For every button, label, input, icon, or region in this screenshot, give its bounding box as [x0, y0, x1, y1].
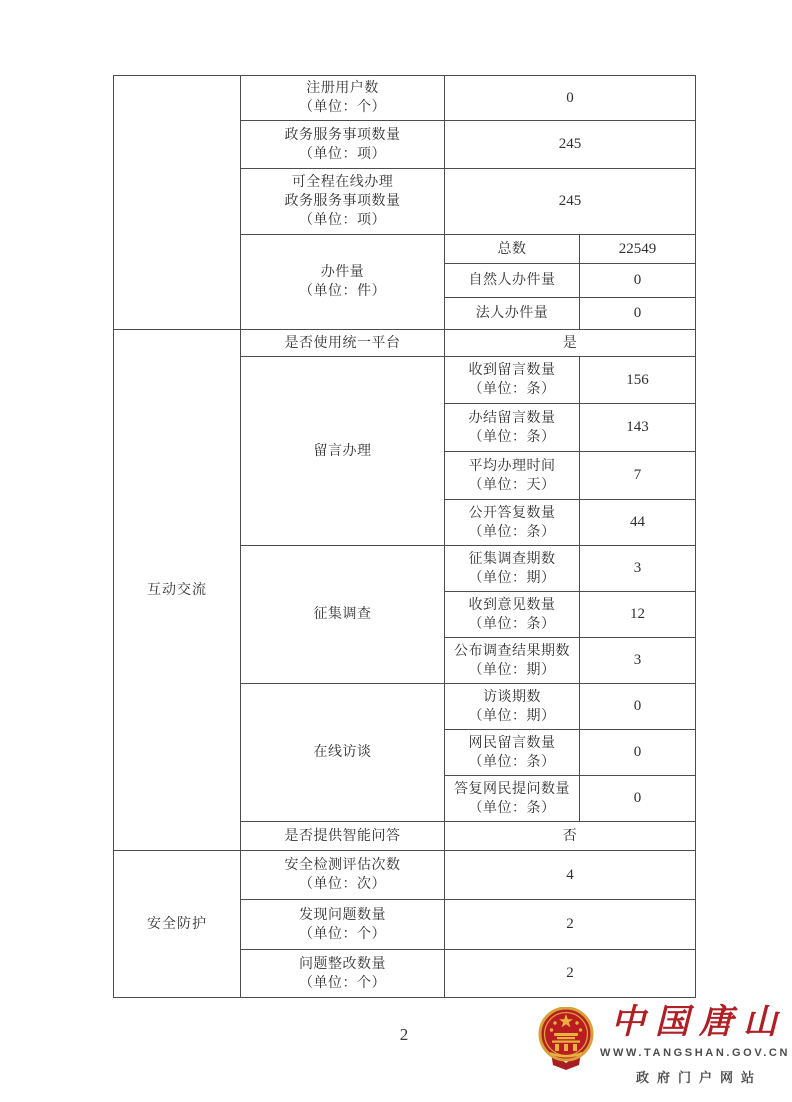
issues-found-value: 2	[445, 900, 696, 950]
section1-category-cell	[114, 76, 241, 330]
national-emblem-icon	[538, 1007, 594, 1071]
message-handling-label: 留言办理	[241, 357, 445, 546]
interview-replies-value: 0	[580, 776, 696, 822]
survey-opinions-label: 收到意见数量 （单位：条）	[445, 592, 580, 638]
avg-handling-time-label: 平均办理时间 （单位：天）	[445, 452, 580, 500]
case-volume-legal-person-label: 法人办件量	[445, 298, 580, 330]
case-volume-total-label: 总数	[445, 235, 580, 264]
service-items-value: 245	[445, 121, 696, 169]
security-checks-value: 4	[445, 851, 696, 900]
smart-qa-value: 否	[445, 822, 696, 851]
case-volume-natural-person-label: 自然人办件量	[445, 264, 580, 298]
service-items-label: 政务服务事项数量 （单位：项）	[241, 121, 445, 169]
issues-found-label: 发现问题数量 （单位：个）	[241, 900, 445, 950]
survey-label: 征集调查	[241, 546, 445, 684]
site-logo: 中国唐山 WWW.TANGSHAN.GOV.CN 政府门户网站	[538, 1003, 790, 1086]
report-table: 注册用户数 （单位：个） 0 政务服务事项数量 （单位：项） 245 可全程在线…	[113, 75, 696, 998]
security-checks-label: 安全检测评估次数 （单位：次）	[241, 851, 445, 900]
site-tagline: 政府门户网站	[628, 1067, 762, 1086]
registered-users-value: 0	[445, 76, 696, 121]
case-volume-legal-person-value: 0	[580, 298, 696, 330]
site-url: WWW.TANGSHAN.GOV.CN	[600, 1047, 790, 1059]
logo-text-block: 中国唐山 WWW.TANGSHAN.GOV.CN 政府门户网站	[600, 1003, 790, 1086]
survey-periods-value: 3	[580, 546, 696, 592]
section3-category-cell: 安全防护	[114, 851, 241, 998]
unified-platform-label: 是否使用统一平台	[241, 330, 445, 357]
public-replies-value: 44	[580, 500, 696, 546]
document-page: 注册用户数 （单位：个） 0 政务服务事项数量 （单位：项） 245 可全程在线…	[0, 0, 792, 1102]
messages-received-value: 156	[580, 357, 696, 404]
messages-completed-value: 143	[580, 404, 696, 452]
interview-messages-value: 0	[580, 730, 696, 776]
online-service-items-label: 可全程在线办理 政务服务事项数量 （单位：项）	[241, 169, 445, 235]
interview-periods-label: 访谈期数 （单位：期）	[445, 684, 580, 730]
registered-users-label: 注册用户数 （单位：个）	[241, 76, 445, 121]
online-service-items-value: 245	[445, 169, 696, 235]
messages-completed-label: 办结留言数量 （单位：条）	[445, 404, 580, 452]
smart-qa-label: 是否提供智能问答	[241, 822, 445, 851]
survey-results-value: 3	[580, 638, 696, 684]
case-volume-natural-person-value: 0	[580, 264, 696, 298]
section2-category-cell: 互动交流	[114, 330, 241, 851]
public-replies-label: 公开答复数量 （单位：条）	[445, 500, 580, 546]
avg-handling-time-value: 7	[580, 452, 696, 500]
case-volume-total-value: 22549	[580, 235, 696, 264]
interview-label: 在线访谈	[241, 684, 445, 822]
issues-fixed-value: 2	[445, 950, 696, 998]
survey-results-label: 公布调查结果期数 （单位：期）	[445, 638, 580, 684]
interview-messages-label: 网民留言数量 （单位：条）	[445, 730, 580, 776]
interview-replies-label: 答复网民提问数量 （单位：条）	[445, 776, 580, 822]
interview-periods-value: 0	[580, 684, 696, 730]
issues-fixed-label: 问题整改数量 （单位：个）	[241, 950, 445, 998]
messages-received-label: 收到留言数量 （单位：条）	[445, 357, 580, 404]
unified-platform-value: 是	[445, 330, 696, 357]
case-volume-label: 办件量 （单位：件）	[241, 235, 445, 330]
survey-periods-label: 征集调查期数 （单位：期）	[445, 546, 580, 592]
survey-opinions-value: 12	[580, 592, 696, 638]
site-name: 中国唐山	[603, 1003, 787, 1043]
